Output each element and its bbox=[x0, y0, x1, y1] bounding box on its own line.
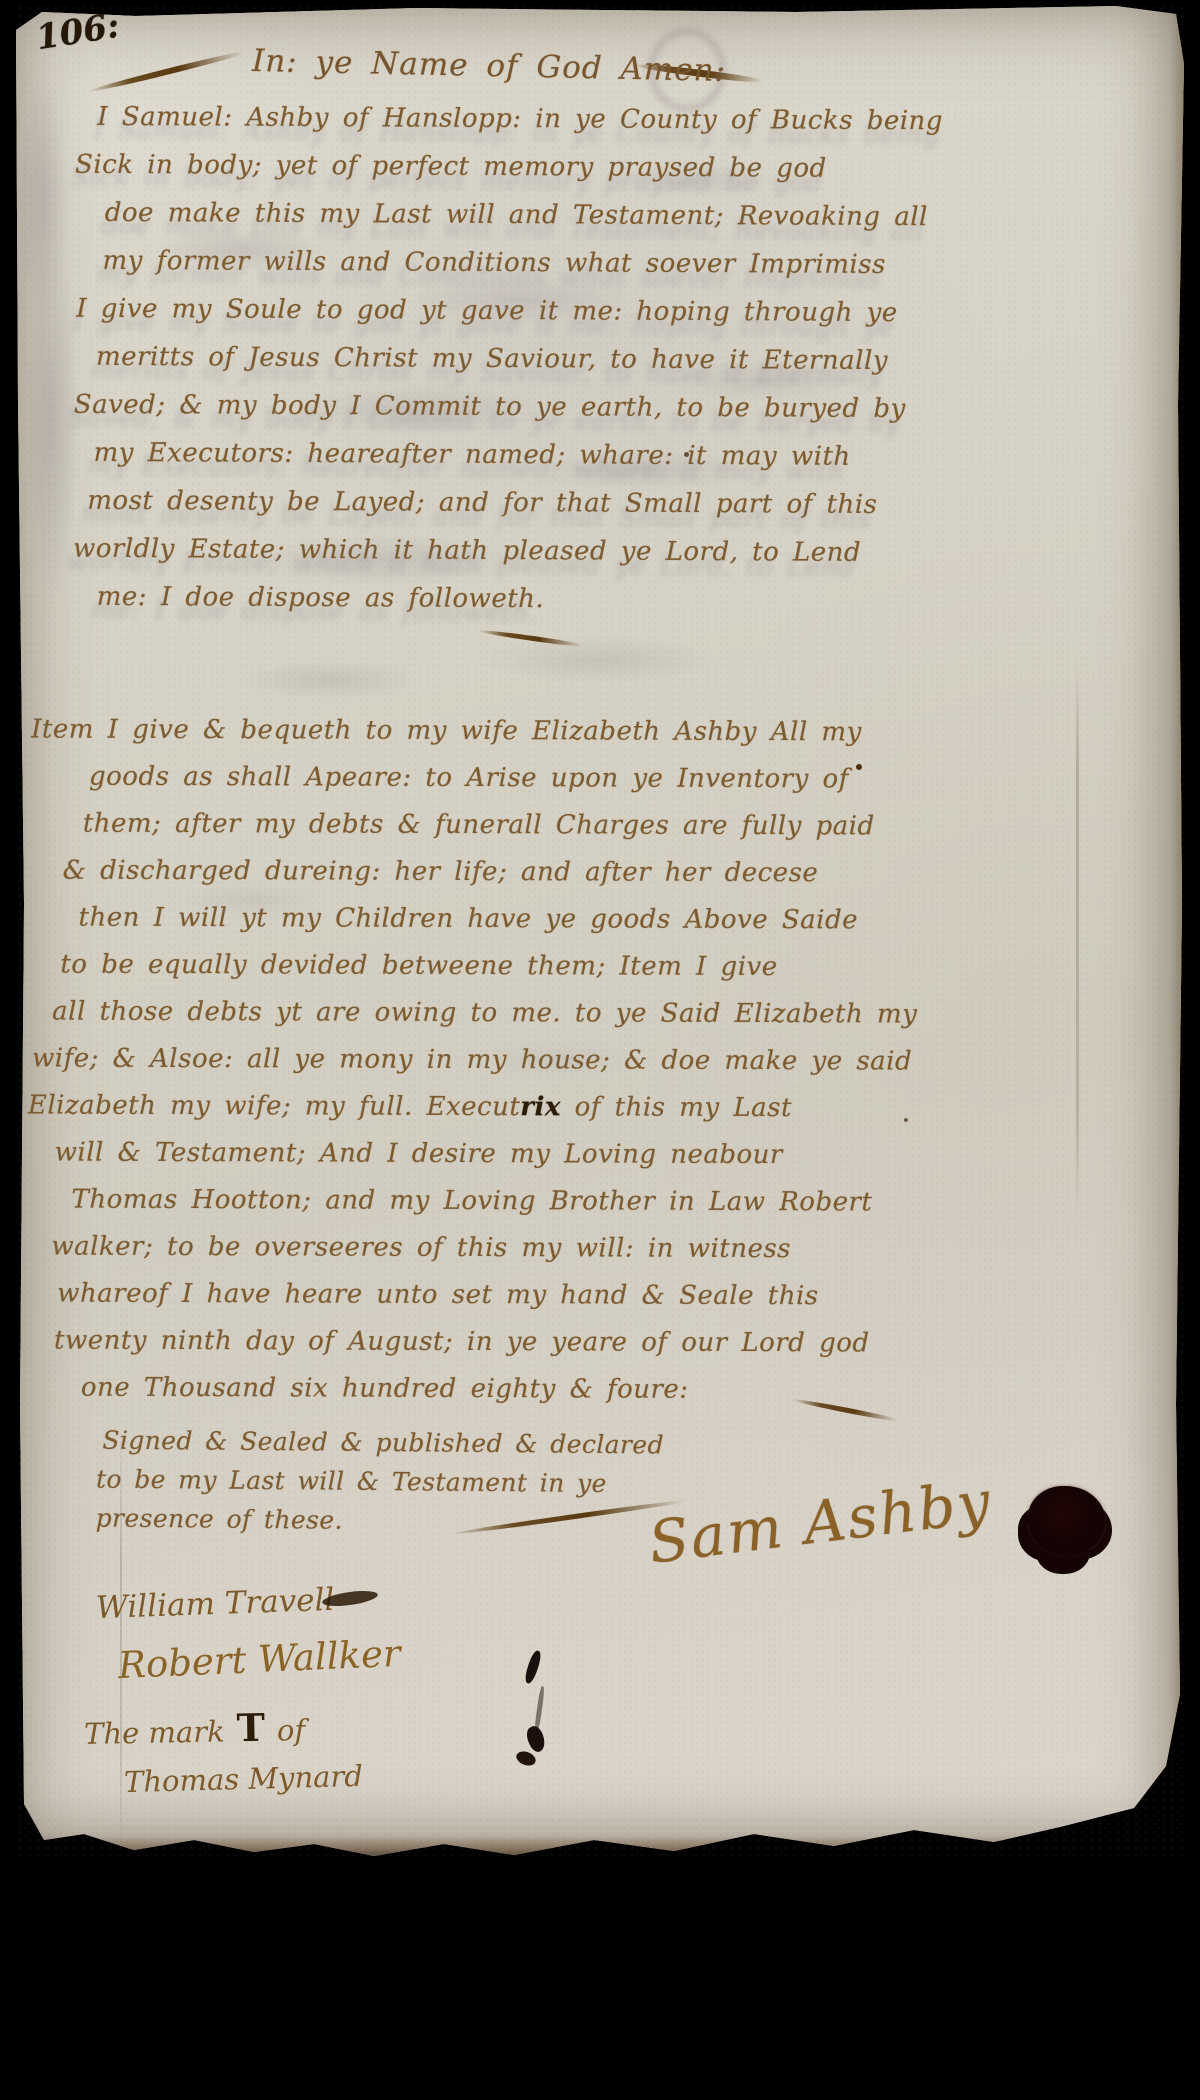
paragraph-line: goods as shall Apeare: to Arise upon ye … bbox=[89, 762, 918, 812]
paragraph-line: them; after my debts & funerall Charges … bbox=[83, 809, 918, 859]
paragraph-line-executrix: Elizabeth my wife; my full. Executrix of… bbox=[28, 1090, 917, 1140]
ink-speck bbox=[856, 764, 862, 770]
paragraph-line: to be equally devided betweene them; Ite… bbox=[60, 950, 917, 1000]
witness-name-thomas-mynard: Thomas Mynard bbox=[124, 1759, 364, 1799]
ink-speck bbox=[904, 1118, 908, 1122]
paragraph-line: I Samuel: Ashby of Hanslopp: in ye Count… bbox=[97, 102, 943, 154]
witness-mark-line: The markTof bbox=[84, 1704, 306, 1753]
paragraph-line: whareof I have heare unto set my hand & … bbox=[57, 1279, 916, 1329]
paragraph-line: meritts of Jesus Christ my Saviour, to h… bbox=[96, 342, 942, 394]
attestation-line: Signed & Sealed & published & declared bbox=[102, 1426, 664, 1470]
paragraph-line: will & Testament; And I desire my Loving… bbox=[55, 1138, 917, 1188]
opening-paragraph: I Samuel: Ashby of Hanslopp: in ye Count… bbox=[73, 102, 943, 635]
paragraph-line: I give my Soule to god yt gave it me: ho… bbox=[76, 294, 942, 347]
paragraph-line: walker; to be overseeres of this my will… bbox=[51, 1232, 916, 1282]
attestation-block: Signed & Sealed & published & declared t… bbox=[96, 1426, 665, 1548]
paragraph-line: Item I give & bequeth to my wife Elizabe… bbox=[31, 714, 918, 764]
paragraph-line: Thomas Hootton; and my Loving Brother in… bbox=[71, 1185, 916, 1235]
paragraph-line: one Thousand six hundred eighty & foure: bbox=[81, 1373, 916, 1423]
paragraph-line: most desenty be Layed; and for that Smal… bbox=[87, 486, 941, 538]
executrix-insertion: rix bbox=[520, 1092, 561, 1122]
paragraph-line: twenty ninth day of August; in ye yeare … bbox=[54, 1326, 916, 1376]
executrix-text-pre: Elizabeth my wife; my full. Execut bbox=[28, 1090, 521, 1122]
paragraph-line: my former wills and Conditions what soev… bbox=[102, 246, 942, 298]
paragraph-line: wife; & Alsoe: all ye mony in my house; … bbox=[32, 1043, 917, 1093]
wax-seal bbox=[1028, 1486, 1106, 1556]
attestation-line: presence of these. bbox=[96, 1504, 664, 1548]
paragraph-line: my Executors: heareafter named; whare: i… bbox=[93, 438, 941, 490]
witness-mark-glyph: T bbox=[236, 1705, 265, 1750]
paragraph-line: doe make this my Last will and Testament… bbox=[105, 198, 943, 250]
manuscript-photo: { "page": { "number": "106:", "backgroun… bbox=[0, 0, 1200, 2100]
mark-text-pre: The mark bbox=[84, 1714, 225, 1750]
paragraph-line: Saved; & my body I Commit to ye earth, t… bbox=[74, 390, 942, 443]
paragraph-line: me: I doe dispose as followeth. bbox=[97, 582, 941, 634]
mark-text-post: of bbox=[277, 1713, 306, 1747]
paragraph-line: then I will yt my Children have ye goods… bbox=[78, 903, 917, 953]
paper-crease bbox=[1076, 660, 1079, 1220]
bequest-paragraph: Item I give & bequeth to my wife Elizabe… bbox=[27, 714, 919, 1422]
paragraph-line: Sick in body; yet of perfect memory pray… bbox=[75, 150, 943, 203]
paragraph-line: & discharged dureing: her life; and afte… bbox=[63, 856, 918, 906]
attestation-line: to be my Last will & Testament in ye bbox=[96, 1465, 664, 1509]
paragraph-line: all those debts yt are owing to me. to y… bbox=[52, 997, 917, 1047]
paragraph-line: worldly Estate; which it hath pleased ye… bbox=[73, 534, 941, 587]
ink-speck bbox=[684, 452, 689, 457]
executrix-text-post: of this my Last bbox=[561, 1092, 792, 1123]
